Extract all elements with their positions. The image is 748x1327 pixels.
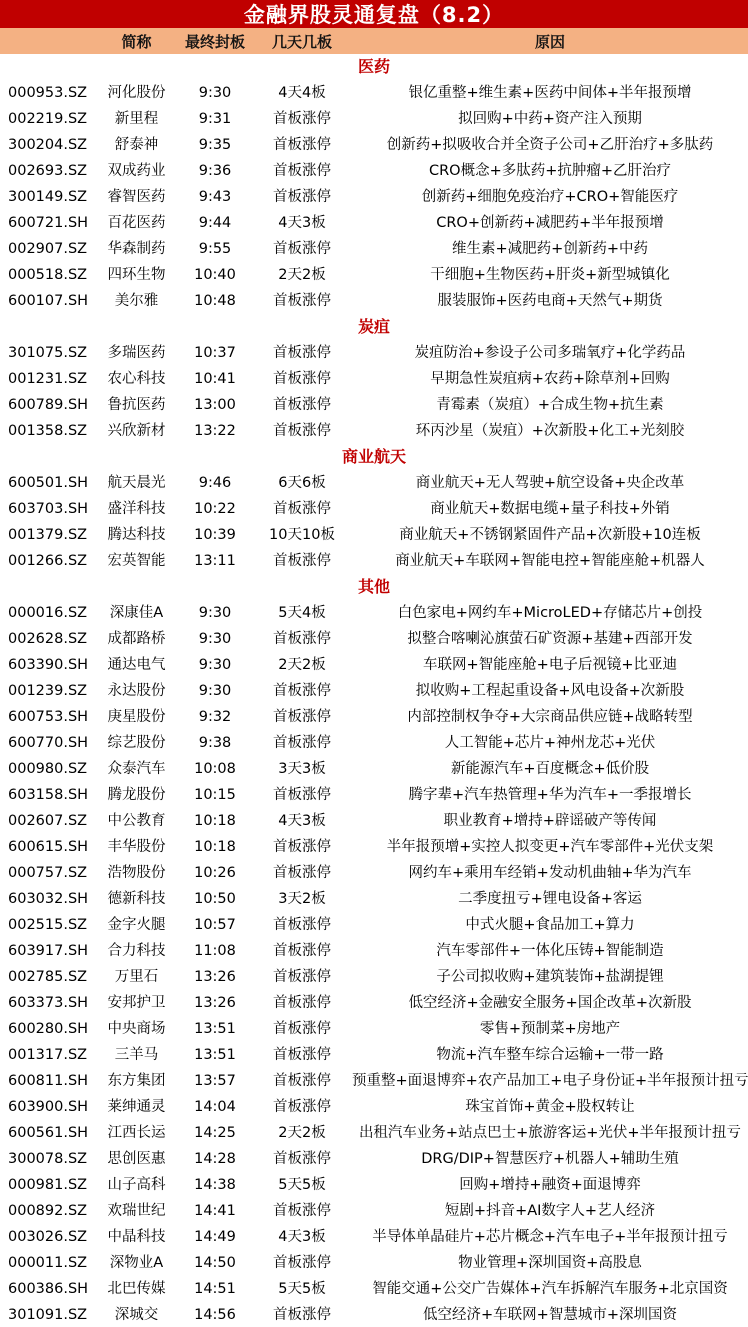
table-row: 603900.SH莱绅通灵14:04首板涨停珠宝首饰+黄金+股权转让 (0, 1094, 748, 1120)
seal-time: 14:51 (178, 1276, 252, 1302)
seal-time: 14:50 (178, 1250, 252, 1276)
stock-name: 众泰汽车 (95, 756, 178, 782)
seal-time: 10:18 (178, 808, 252, 834)
stock-name: 新里程 (95, 106, 178, 132)
column-header-reason: 原因 (352, 28, 748, 54)
stock-code: 001379.SZ (0, 522, 95, 548)
stock-code: 600721.SH (0, 210, 95, 236)
board-count: 首板涨停 (252, 626, 352, 652)
table-row: 000953.SZ河化股份9:304天4板银亿重整+维生素+医药中间体+半年报预… (0, 80, 748, 106)
stock-name: 德新科技 (95, 886, 178, 912)
stock-name: 成都路桥 (95, 626, 178, 652)
board-count: 4天4板 (252, 80, 352, 106)
table-row: 603373.SH安邦护卫13:26首板涨停低空经济+金融安全服务+国企改革+次… (0, 990, 748, 1016)
board-count: 首板涨停 (252, 184, 352, 210)
section-label: 医药 (0, 54, 748, 80)
table-row: 001231.SZ农心科技10:41首板涨停早期急性炭疽病+农药+除草剂+回购 (0, 366, 748, 392)
board-count: 2天2板 (252, 262, 352, 288)
seal-time: 13:00 (178, 392, 252, 418)
board-count: 首板涨停 (252, 106, 352, 132)
stock-name: 中公教育 (95, 808, 178, 834)
reason-text: 商业航天+无人驾驶+航空设备+央企改革 (352, 470, 748, 496)
stock-name: 万里石 (95, 964, 178, 990)
seal-time: 13:22 (178, 418, 252, 444)
stock-name: 中晶科技 (95, 1224, 178, 1250)
reason-text: 短剧+抖音+AI数字人+艺人经济 (352, 1198, 748, 1224)
seal-time: 9:36 (178, 158, 252, 184)
table-row: 002907.SZ华森制药9:55首板涨停维生素+减肥药+创新药+中药 (0, 236, 748, 262)
table-row: 300204.SZ舒泰神9:35首板涨停创新药+拟吸收合并全资子公司+乙肝治疗+… (0, 132, 748, 158)
stock-name: 河化股份 (95, 80, 178, 106)
board-count: 3天3板 (252, 756, 352, 782)
stock-code: 000892.SZ (0, 1198, 95, 1224)
reason-text: 职业教育+增持+辟谣破产等传闻 (352, 808, 748, 834)
board-count: 10天10板 (252, 522, 352, 548)
stock-name: 北巴传媒 (95, 1276, 178, 1302)
table-row: 600615.SH丰华股份10:18首板涨停半年报预增+实控人拟变更+汽车零部件… (0, 834, 748, 860)
stock-code: 603703.SH (0, 496, 95, 522)
board-count: 首板涨停 (252, 366, 352, 392)
board-count: 首板涨停 (252, 236, 352, 262)
table-row: 600501.SH航天晨光9:466天6板商业航天+无人驾驶+航空设备+央企改革 (0, 470, 748, 496)
table-row: 000892.SZ欢瑞世纪14:41首板涨停短剧+抖音+AI数字人+艺人经济 (0, 1198, 748, 1224)
stock-code: 002607.SZ (0, 808, 95, 834)
seal-time: 10:26 (178, 860, 252, 886)
reason-text: 智能交通+公交广告媒体+汽车拆解汽车服务+北京国资 (352, 1276, 748, 1302)
table-row: 603390.SH通达电气9:302天2板车联网+智能座舱+电子后视镜+比亚迪 (0, 652, 748, 678)
board-count: 首板涨停 (252, 1146, 352, 1172)
seal-time: 10:15 (178, 782, 252, 808)
table-row: 001379.SZ腾达科技10:3910天10板商业航天+不锈钢紧固件产品+次新… (0, 522, 748, 548)
seal-time: 10:22 (178, 496, 252, 522)
stock-code: 600811.SH (0, 1068, 95, 1094)
board-count: 首板涨停 (252, 418, 352, 444)
table-row: 002515.SZ金字火腿10:57首板涨停中式火腿+食品加工+算力 (0, 912, 748, 938)
stock-code: 001317.SZ (0, 1042, 95, 1068)
stock-name: 浩物股份 (95, 860, 178, 886)
reason-text: 环丙沙星（炭疽）+次新股+化工+光刻胶 (352, 418, 748, 444)
board-count: 首板涨停 (252, 392, 352, 418)
reason-text: 腾字辈+汽车热管理+华为汽车+一季报增长 (352, 782, 748, 808)
stock-code: 000016.SZ (0, 600, 95, 626)
reason-text: 新能源汽车+百度概念+低价股 (352, 756, 748, 782)
reason-text: 物流+汽车整车综合运输+一带一路 (352, 1042, 748, 1068)
reason-text: 商业航天+车联网+智能电控+智能座舱+机器人 (352, 548, 748, 574)
stock-name: 农心科技 (95, 366, 178, 392)
stock-code: 002907.SZ (0, 236, 95, 262)
stock-name: 合力科技 (95, 938, 178, 964)
stocks-table: 简称 最终封板 几天几板 原因 医药000953.SZ河化股份9:304天4板银… (0, 28, 748, 1327)
stock-code: 603390.SH (0, 652, 95, 678)
board-count: 首板涨停 (252, 158, 352, 184)
reason-text: 炭疽防治+参设子公司多瑞氧疗+化学药品 (352, 340, 748, 366)
stock-code: 002785.SZ (0, 964, 95, 990)
board-count: 首板涨停 (252, 340, 352, 366)
reason-text: 出租汽车业务+站点巴士+旅游客运+光伏+半年报预计扭亏 (352, 1120, 748, 1146)
seal-time: 10:57 (178, 912, 252, 938)
stock-code: 000011.SZ (0, 1250, 95, 1276)
reason-text: 人工智能+芯片+神州龙芯+光伏 (352, 730, 748, 756)
board-count: 首板涨停 (252, 1042, 352, 1068)
stock-name: 腾龙股份 (95, 782, 178, 808)
stock-name: 思创医惠 (95, 1146, 178, 1172)
seal-time: 9:38 (178, 730, 252, 756)
stock-name: 四环生物 (95, 262, 178, 288)
stock-name: 深城交 (95, 1302, 178, 1327)
reason-text: 拟整合喀喇沁旗萤石矿资源+基建+西部开发 (352, 626, 748, 652)
column-header-name: 简称 (95, 28, 178, 54)
table-row: 600386.SH北巴传媒14:515天5板智能交通+公交广告媒体+汽车拆解汽车… (0, 1276, 748, 1302)
stock-code: 301075.SZ (0, 340, 95, 366)
stock-code: 600789.SH (0, 392, 95, 418)
table-row: 600789.SH鲁抗医药13:00首板涨停青霉素（炭疽）+合成生物+抗生素 (0, 392, 748, 418)
report-title: 金融界股灵通复盘（8.2） (244, 0, 504, 29)
table-row: 301091.SZ深城交14:56首板涨停低空经济+车联网+智慧城市+深圳国资 (0, 1302, 748, 1327)
board-count: 首板涨停 (252, 912, 352, 938)
table-row: 603158.SH腾龙股份10:15首板涨停腾字辈+汽车热管理+华为汽车+一季报… (0, 782, 748, 808)
table-row: 000011.SZ深物业A14:50首板涨停物业管理+深圳国资+高股息 (0, 1250, 748, 1276)
board-count: 3天2板 (252, 886, 352, 912)
seal-time: 11:08 (178, 938, 252, 964)
stock-name: 安邦护卫 (95, 990, 178, 1016)
stock-code: 603032.SH (0, 886, 95, 912)
stock-name: 中央商场 (95, 1016, 178, 1042)
table-row: 003026.SZ中晶科技14:494天3板半导体单晶硅片+芯片概念+汽车电子+… (0, 1224, 748, 1250)
table-row: 301075.SZ多瑞医药10:37首板涨停炭疽防治+参设子公司多瑞氧疗+化学药… (0, 340, 748, 366)
stock-code: 600770.SH (0, 730, 95, 756)
seal-time: 10:37 (178, 340, 252, 366)
board-count: 4天3板 (252, 210, 352, 236)
board-count: 首板涨停 (252, 1068, 352, 1094)
section-header-row: 商业航天 (0, 444, 748, 470)
table-row: 002628.SZ成都路桥9:30首板涨停拟整合喀喇沁旗萤石矿资源+基建+西部开… (0, 626, 748, 652)
column-header-seal-time: 最终封板 (178, 28, 252, 54)
report-title-bar: 金融界股灵通复盘（8.2） (0, 0, 748, 28)
stock-name: 腾达科技 (95, 522, 178, 548)
board-count: 4天3板 (252, 1224, 352, 1250)
board-count: 首板涨停 (252, 548, 352, 574)
reason-text: 维生素+减肥药+创新药+中药 (352, 236, 748, 262)
reason-text: DRG/DIP+智慧医疗+机器人+辅助生殖 (352, 1146, 748, 1172)
board-count: 5天5板 (252, 1172, 352, 1198)
stock-name: 综艺股份 (95, 730, 178, 756)
stock-name: 多瑞医药 (95, 340, 178, 366)
reason-text: 中式火腿+食品加工+算力 (352, 912, 748, 938)
reason-text: 创新药+拟吸收合并全资子公司+乙肝治疗+多肽药 (352, 132, 748, 158)
seal-time: 9:30 (178, 678, 252, 704)
seal-time: 10:48 (178, 288, 252, 314)
stock-code: 000953.SZ (0, 80, 95, 106)
stock-name: 庚星股份 (95, 704, 178, 730)
seal-time: 14:28 (178, 1146, 252, 1172)
table-row: 000980.SZ众泰汽车10:083天3板新能源汽车+百度概念+低价股 (0, 756, 748, 782)
reason-text: 服装服饰+医药电商+天然气+期货 (352, 288, 748, 314)
reason-text: 网约车+乘用车经销+发动机曲轴+华为汽车 (352, 860, 748, 886)
reason-text: 车联网+智能座舱+电子后视镜+比亚迪 (352, 652, 748, 678)
section-label: 商业航天 (0, 444, 748, 470)
board-count: 首板涨停 (252, 1198, 352, 1224)
board-count: 首板涨停 (252, 1250, 352, 1276)
seal-time: 14:49 (178, 1224, 252, 1250)
stock-code: 600107.SH (0, 288, 95, 314)
table-row: 600561.SH江西长运14:252天2板出租汽车业务+站点巴士+旅游客运+光… (0, 1120, 748, 1146)
table-row: 603703.SH盛洋科技10:22首板涨停商业航天+数据电缆+量子科技+外销 (0, 496, 748, 522)
seal-time: 13:11 (178, 548, 252, 574)
stock-code: 603917.SH (0, 938, 95, 964)
reason-text: 拟收购+工程起重设备+风电设备+次新股 (352, 678, 748, 704)
stock-name: 金字火腿 (95, 912, 178, 938)
stock-code: 002515.SZ (0, 912, 95, 938)
seal-time: 9:44 (178, 210, 252, 236)
seal-time: 10:40 (178, 262, 252, 288)
stock-code: 301091.SZ (0, 1302, 95, 1327)
board-count: 首板涨停 (252, 938, 352, 964)
stock-code: 002628.SZ (0, 626, 95, 652)
board-count: 首板涨停 (252, 496, 352, 522)
stock-name: 鲁抗医药 (95, 392, 178, 418)
board-count: 首板涨停 (252, 1302, 352, 1327)
table-row: 300149.SZ睿智医药9:43首板涨停创新药+细胞免疫治疗+CRO+智能医疗 (0, 184, 748, 210)
table-row: 000518.SZ四环生物10:402天2板干细胞+生物医药+肝炎+新型城镇化 (0, 262, 748, 288)
stock-code: 001231.SZ (0, 366, 95, 392)
reason-text: 干细胞+生物医药+肝炎+新型城镇化 (352, 262, 748, 288)
table-row: 000981.SZ山子高科14:385天5板回购+增持+融资+面退博弈 (0, 1172, 748, 1198)
stock-name: 丰华股份 (95, 834, 178, 860)
seal-time: 10:18 (178, 834, 252, 860)
reason-text: 创新药+细胞免疫治疗+CRO+智能医疗 (352, 184, 748, 210)
stock-code: 001358.SZ (0, 418, 95, 444)
stock-code: 300149.SZ (0, 184, 95, 210)
section-label: 炭疽 (0, 314, 748, 340)
stock-code: 600501.SH (0, 470, 95, 496)
seal-time: 9:30 (178, 626, 252, 652)
stock-name: 美尔雅 (95, 288, 178, 314)
stock-code: 603158.SH (0, 782, 95, 808)
seal-time: 14:41 (178, 1198, 252, 1224)
seal-time: 9:43 (178, 184, 252, 210)
seal-time: 9:35 (178, 132, 252, 158)
seal-time: 14:25 (178, 1120, 252, 1146)
table-row: 603917.SH合力科技11:08首板涨停汽车零部件+一体化压铸+智能制造 (0, 938, 748, 964)
board-count: 2天2板 (252, 1120, 352, 1146)
stock-name: 山子高科 (95, 1172, 178, 1198)
board-count: 首板涨停 (252, 730, 352, 756)
stock-code: 600386.SH (0, 1276, 95, 1302)
seal-time: 9:30 (178, 80, 252, 106)
stock-name: 盛洋科技 (95, 496, 178, 522)
stock-name: 永达股份 (95, 678, 178, 704)
seal-time: 13:51 (178, 1016, 252, 1042)
stock-code: 000981.SZ (0, 1172, 95, 1198)
reason-text: 低空经济+车联网+智慧城市+深圳国资 (352, 1302, 748, 1327)
table-row: 600107.SH美尔雅10:48首板涨停服装服饰+医药电商+天然气+期货 (0, 288, 748, 314)
table-body: 医药000953.SZ河化股份9:304天4板银亿重整+维生素+医药中间体+半年… (0, 54, 748, 1327)
reason-text: 二季度扭亏+锂电设备+客运 (352, 886, 748, 912)
reason-text: 白色家电+网约车+MicroLED+存储芯片+创投 (352, 600, 748, 626)
board-count: 首板涨停 (252, 132, 352, 158)
seal-time: 10:50 (178, 886, 252, 912)
section-header-row: 医药 (0, 54, 748, 80)
seal-time: 9:30 (178, 652, 252, 678)
reason-text: 商业航天+不锈钢紧固件产品+次新股+10连板 (352, 522, 748, 548)
stock-name: 深康佳A (95, 600, 178, 626)
stock-code: 600280.SH (0, 1016, 95, 1042)
board-count: 首板涨停 (252, 990, 352, 1016)
board-count: 首板涨停 (252, 834, 352, 860)
stock-code: 600561.SH (0, 1120, 95, 1146)
board-count: 2天2板 (252, 652, 352, 678)
seal-time: 13:51 (178, 1042, 252, 1068)
board-count: 首板涨停 (252, 782, 352, 808)
table-row: 000016.SZ深康佳A9:305天4板白色家电+网约车+MicroLED+存… (0, 600, 748, 626)
stock-code: 600753.SH (0, 704, 95, 730)
reason-text: CRO+创新药+减肥药+半年报预增 (352, 210, 748, 236)
table-row: 002607.SZ中公教育10:184天3板职业教育+增持+辟谣破产等传闻 (0, 808, 748, 834)
board-count: 首板涨停 (252, 678, 352, 704)
board-count: 5天4板 (252, 600, 352, 626)
table-row: 603032.SH德新科技10:503天2板二季度扭亏+锂电设备+客运 (0, 886, 748, 912)
stock-code: 300078.SZ (0, 1146, 95, 1172)
board-count: 首板涨停 (252, 288, 352, 314)
reason-text: 半年报预增+实控人拟变更+汽车零部件+光伏支架 (352, 834, 748, 860)
limit-up-review-report: 金融界股灵通复盘（8.2） 简称 最终封板 几天几板 原因 医药000953.S… (0, 0, 748, 1327)
reason-text: 物业管理+深圳国资+高股息 (352, 1250, 748, 1276)
stock-name: 睿智医药 (95, 184, 178, 210)
table-row: 001239.SZ永达股份9:30首板涨停拟收购+工程起重设备+风电设备+次新股 (0, 678, 748, 704)
board-count: 首板涨停 (252, 1094, 352, 1120)
seal-time: 9:46 (178, 470, 252, 496)
reason-text: 回购+增持+融资+面退博弈 (352, 1172, 748, 1198)
table-row: 600753.SH庚星股份9:32首板涨停内部控制权争夺+大宗商品供应链+战略转… (0, 704, 748, 730)
stock-code: 603373.SH (0, 990, 95, 1016)
reason-text: 内部控制权争夺+大宗商品供应链+战略转型 (352, 704, 748, 730)
stock-code: 000980.SZ (0, 756, 95, 782)
reason-text: 零售+预制菜+房地产 (352, 1016, 748, 1042)
reason-text: 珠宝首饰+黄金+股权转让 (352, 1094, 748, 1120)
table-row: 600721.SH百花医药9:444天3板CRO+创新药+减肥药+半年报预增 (0, 210, 748, 236)
reason-text: CRO概念+多肽药+抗肿瘤+乙肝治疗 (352, 158, 748, 184)
stock-name: 三羊马 (95, 1042, 178, 1068)
reason-text: 银亿重整+维生素+医药中间体+半年报预增 (352, 80, 748, 106)
seal-time: 14:56 (178, 1302, 252, 1327)
table-row: 002693.SZ双成药业9:36首板涨停CRO概念+多肽药+抗肿瘤+乙肝治疗 (0, 158, 748, 184)
stock-name: 宏英智能 (95, 548, 178, 574)
reason-text: 拟回购+中药+资产注入预期 (352, 106, 748, 132)
table-row: 002219.SZ新里程9:31首板涨停拟回购+中药+资产注入预期 (0, 106, 748, 132)
seal-time: 10:39 (178, 522, 252, 548)
reason-text: 低空经济+金融安全服务+国企改革+次新股 (352, 990, 748, 1016)
stock-code: 001266.SZ (0, 548, 95, 574)
table-row: 600811.SH东方集团13:57首板涨停预重整+面退博弈+农产品加工+电子身… (0, 1068, 748, 1094)
reason-text: 商业航天+数据电缆+量子科技+外销 (352, 496, 748, 522)
board-count: 首板涨停 (252, 1016, 352, 1042)
section-header-row: 其他 (0, 574, 748, 600)
reason-text: 汽车零部件+一体化压铸+智能制造 (352, 938, 748, 964)
board-count: 5天5板 (252, 1276, 352, 1302)
reason-text: 半导体单晶硅片+芯片概念+汽车电子+半年报预计扭亏 (352, 1224, 748, 1250)
stock-name: 江西长运 (95, 1120, 178, 1146)
board-count: 6天6板 (252, 470, 352, 496)
stock-code: 001239.SZ (0, 678, 95, 704)
seal-time: 13:57 (178, 1068, 252, 1094)
stock-name: 舒泰神 (95, 132, 178, 158)
reason-text: 早期急性炭疽病+农药+除草剂+回购 (352, 366, 748, 392)
section-header-row: 炭疽 (0, 314, 748, 340)
reason-text: 预重整+面退博弈+农产品加工+电子身份证+半年报预计扭亏 (352, 1068, 748, 1094)
seal-time: 14:38 (178, 1172, 252, 1198)
column-header-code (0, 28, 95, 54)
board-count: 首板涨停 (252, 964, 352, 990)
stock-name: 东方集团 (95, 1068, 178, 1094)
board-count: 4天3板 (252, 808, 352, 834)
stock-code: 000757.SZ (0, 860, 95, 886)
stock-name: 百花医药 (95, 210, 178, 236)
table-row: 001266.SZ宏英智能13:11首板涨停商业航天+车联网+智能电控+智能座舱… (0, 548, 748, 574)
seal-time: 9:31 (178, 106, 252, 132)
board-count: 首板涨停 (252, 704, 352, 730)
stock-name: 莱绅通灵 (95, 1094, 178, 1120)
stock-code: 002219.SZ (0, 106, 95, 132)
stock-name: 兴欣新材 (95, 418, 178, 444)
seal-time: 9:32 (178, 704, 252, 730)
stock-code: 603900.SH (0, 1094, 95, 1120)
stock-code: 002693.SZ (0, 158, 95, 184)
board-count: 首板涨停 (252, 860, 352, 886)
stock-name: 华森制药 (95, 236, 178, 262)
stock-name: 通达电气 (95, 652, 178, 678)
seal-time: 10:08 (178, 756, 252, 782)
section-label: 其他 (0, 574, 748, 600)
table-row: 600770.SH综艺股份9:38首板涨停人工智能+芯片+神州龙芯+光伏 (0, 730, 748, 756)
table-row: 001317.SZ三羊马13:51首板涨停物流+汽车整车综合运输+一带一路 (0, 1042, 748, 1068)
stock-name: 双成药业 (95, 158, 178, 184)
seal-time: 10:41 (178, 366, 252, 392)
table-row: 002785.SZ万里石13:26首板涨停子公司拟收购+建筑装饰+盐湖提锂 (0, 964, 748, 990)
stock-code: 003026.SZ (0, 1224, 95, 1250)
stock-name: 深物业A (95, 1250, 178, 1276)
table-header-row: 简称 最终封板 几天几板 原因 (0, 28, 748, 54)
stock-code: 300204.SZ (0, 132, 95, 158)
stock-name: 欢瑞世纪 (95, 1198, 178, 1224)
seal-time: 9:30 (178, 600, 252, 626)
seal-time: 9:55 (178, 236, 252, 262)
stock-code: 600615.SH (0, 834, 95, 860)
table-row: 000757.SZ浩物股份10:26首板涨停网约车+乘用车经销+发动机曲轴+华为… (0, 860, 748, 886)
stock-name: 航天晨光 (95, 470, 178, 496)
table-row: 300078.SZ思创医惠14:28首板涨停DRG/DIP+智慧医疗+机器人+辅… (0, 1146, 748, 1172)
reason-text: 子公司拟收购+建筑装饰+盐湖提锂 (352, 964, 748, 990)
stock-code: 000518.SZ (0, 262, 95, 288)
table-row: 600280.SH中央商场13:51首板涨停零售+预制菜+房地产 (0, 1016, 748, 1042)
column-header-boards: 几天几板 (252, 28, 352, 54)
seal-time: 14:04 (178, 1094, 252, 1120)
seal-time: 13:26 (178, 964, 252, 990)
table-row: 001358.SZ兴欣新材13:22首板涨停环丙沙星（炭疽）+次新股+化工+光刻… (0, 418, 748, 444)
seal-time: 13:26 (178, 990, 252, 1016)
reason-text: 青霉素（炭疽）+合成生物+抗生素 (352, 392, 748, 418)
